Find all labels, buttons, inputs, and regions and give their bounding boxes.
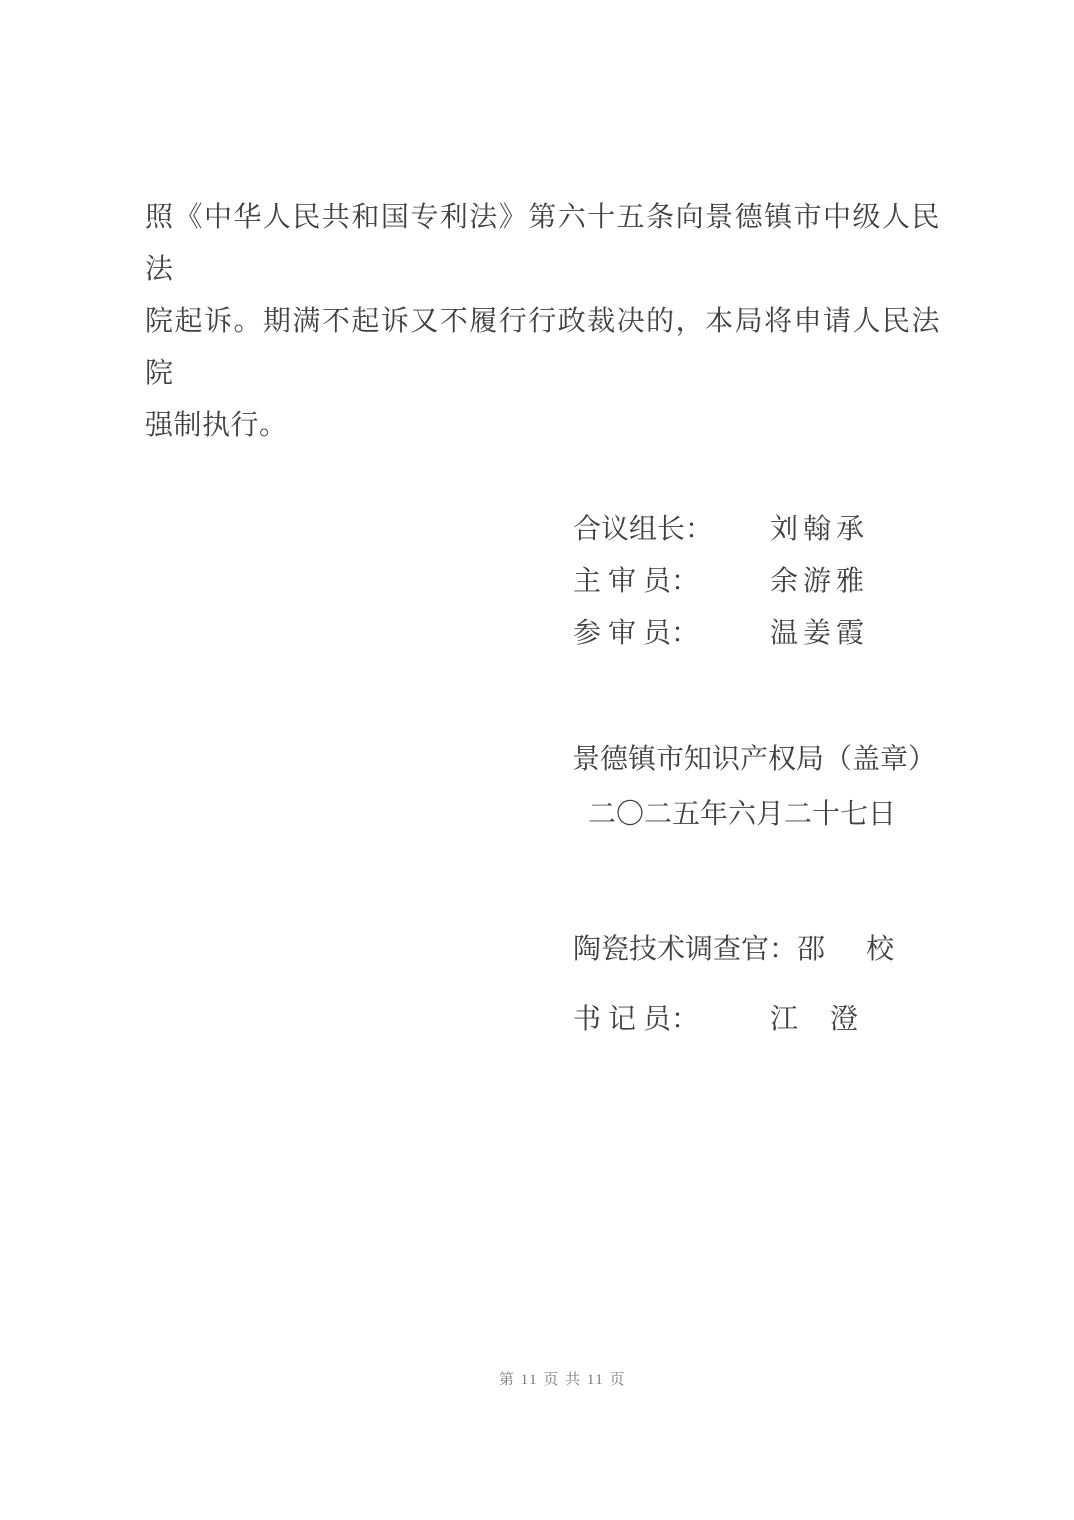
signature-row: 参 审 员： 温姜霞	[573, 608, 940, 660]
paragraph-line: 照《中华人民共和国专利法》第六十五条向景德镇市中级人民法	[145, 192, 940, 296]
signer-name: 余游雅	[770, 556, 869, 608]
official-role-label: 书 记 员：	[573, 985, 770, 1055]
issue-date-line: 二〇二五年六月二十七日	[588, 787, 940, 842]
signature-role-label: 合议组长：	[573, 504, 770, 556]
official-name: 邵 校	[797, 915, 896, 985]
signature-row: 主 审 员： 余游雅	[573, 556, 940, 608]
issuing-authority-block: 景德镇市知识产权局（盖章） 二〇二五年六月二十七日	[572, 732, 940, 842]
signature-role-label: 主 审 员：	[573, 556, 770, 608]
signer-name: 温姜霞	[770, 608, 869, 660]
clerk-row: 书 记 员： 江 澄	[573, 985, 940, 1055]
collegial-panel-signatures: 合议组长： 刘翰承 主 审 员： 余游雅 参 审 员： 温姜霞	[573, 504, 940, 660]
document-body: 照《中华人民共和国专利法》第六十五条向景德镇市中级人民法 院起诉。期满不起诉又不…	[145, 192, 940, 1055]
page-number-footer: 第 11 页 共 11 页	[165, 1368, 960, 1392]
signer-name: 刘翰承	[770, 504, 869, 556]
document-page: 照《中华人民共和国专利法》第六十五条向景德镇市中级人民法 院起诉。期满不起诉又不…	[0, 0, 1074, 1520]
body-paragraph: 照《中华人民共和国专利法》第六十五条向景德镇市中级人民法 院起诉。期满不起诉又不…	[145, 192, 940, 452]
issuing-authority-line: 景德镇市知识产权局（盖章）	[572, 732, 940, 787]
technical-investigator-row: 陶瓷技术调查官： 邵 校	[573, 915, 940, 985]
paragraph-line: 强制执行。	[145, 400, 940, 452]
signature-role-label: 参 审 员：	[573, 608, 770, 660]
official-role-label: 陶瓷技术调查官：	[573, 915, 797, 985]
official-name: 江 澄	[770, 985, 860, 1055]
signature-row: 合议组长： 刘翰承	[573, 504, 940, 556]
officials-block: 陶瓷技术调查官： 邵 校 书 记 员： 江 澄	[573, 915, 940, 1055]
paragraph-line: 院起诉。期满不起诉又不履行行政裁决的，本局将申请人民法院	[145, 296, 940, 400]
